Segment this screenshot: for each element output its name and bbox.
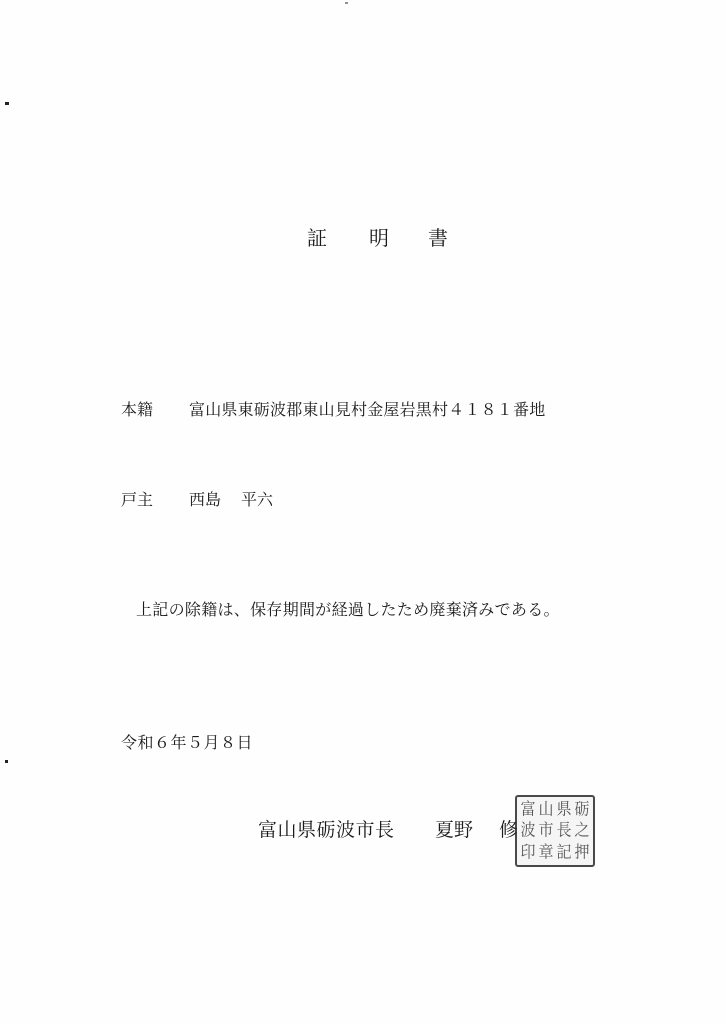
- mayor-surname: 夏野: [435, 819, 473, 841]
- issue-date: 令和６年５月８日: [121, 733, 253, 753]
- koshu-surname: 西島: [189, 490, 221, 509]
- seal-char: 波: [519, 819, 537, 842]
- seal-char: 章: [537, 841, 555, 864]
- certificate-page: 証 明 書 本籍 富山県東砺波郡東山見村金屋岩黒村４１８１番地 戸主 西島平六 …: [0, 0, 726, 1024]
- issuing-office: 富山県砺波市長: [258, 820, 395, 840]
- seal-char: 富: [519, 798, 537, 821]
- seal-char: 県: [555, 798, 573, 821]
- scan-speck: [5, 760, 8, 763]
- seal-char: 山: [537, 798, 555, 821]
- seal-char: 記: [555, 841, 573, 864]
- mayor-name: 夏野修: [435, 820, 518, 840]
- title-char-2: 明: [369, 222, 389, 251]
- seal-char: 押: [573, 841, 591, 864]
- title-char-1: 証: [307, 222, 327, 251]
- scan-speck: [5, 102, 9, 105]
- honseki-label: 本籍: [121, 400, 153, 420]
- disposal-statement: 上記の除籍は、保存期間が経過したため廃棄済みである。: [136, 600, 560, 620]
- seal-char: 印: [519, 841, 537, 864]
- koshu-given-name: 平六: [241, 490, 273, 509]
- official-seal-stamp: 富 山 県 砺 波 市 長 之 印 章 記 押: [515, 795, 595, 867]
- seal-char: 之: [573, 819, 591, 842]
- seal-char: 長: [555, 819, 573, 842]
- seal-char: 砺: [573, 798, 591, 821]
- koshu-name: 西島平六: [189, 490, 273, 510]
- scan-speck: [345, 2, 348, 4]
- title-char-3: 書: [428, 222, 448, 251]
- seal-char: 市: [537, 819, 555, 842]
- koshu-label: 戸主: [121, 490, 153, 510]
- honseki-value: 富山県東砺波郡東山見村金屋岩黒村４１８１番地: [189, 400, 545, 420]
